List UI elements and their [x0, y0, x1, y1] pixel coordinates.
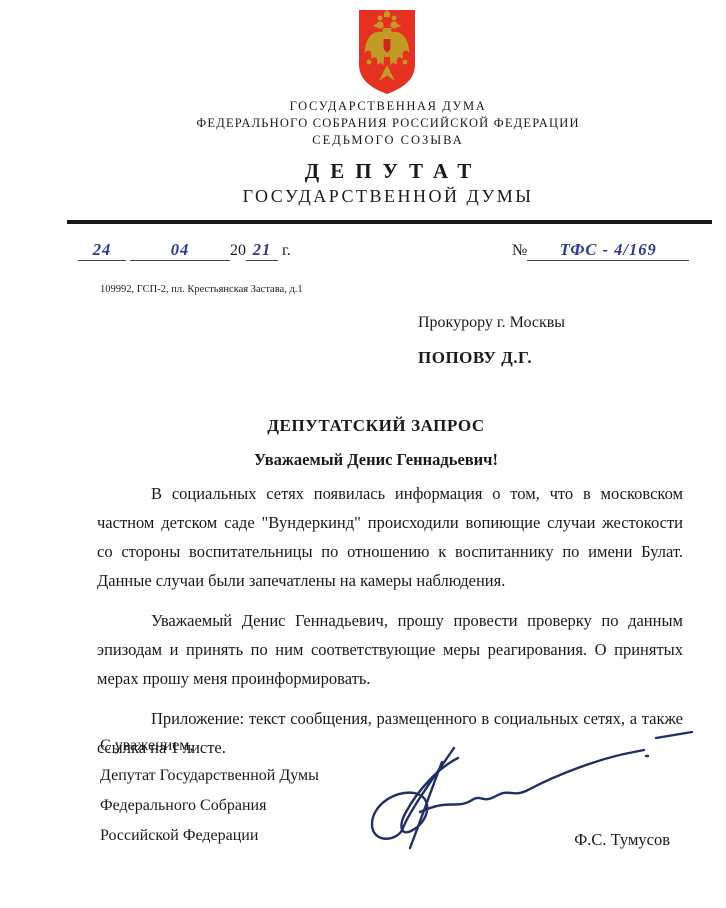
- date-suffix: г.: [282, 242, 291, 259]
- org-name-line2: ФЕДЕРАЛЬНОГО СОБРАНИЯ РОССИЙСКОЙ ФЕДЕРАЦ…: [72, 115, 704, 132]
- number-handwritten: ТФС - 4/169: [560, 240, 657, 259]
- sender-address: 109992, ГСП-2, пл. Крестьянская Застава,…: [100, 284, 303, 295]
- signature-block: С уважением, Депутат Государственной Дум…: [100, 737, 319, 857]
- org-name-line1: ГОСУДАРСТВЕННАЯ ДУМА: [72, 98, 704, 115]
- date-year-blank: 21: [246, 240, 278, 261]
- recipient-name: ПОПОВУ Д.Г.: [418, 348, 565, 368]
- letter-subject: ДЕПУТАТСКИЙ ЗАПРОС: [85, 416, 667, 436]
- date-year-handwritten: 21: [253, 240, 272, 259]
- sender-role-title: ДЕПУТАТ: [72, 159, 704, 184]
- body-paragraph-1: В социальных сетях появилась информация …: [97, 479, 683, 595]
- org-name-line3: СЕДЬМОГО СОЗЫВА: [72, 132, 704, 149]
- date-day-handwritten: 24: [93, 240, 112, 259]
- letterhead-org-block: ГОСУДАРСТВЕННАЯ ДУМА ФЕДЕРАЛЬНОГО СОБРАН…: [72, 98, 704, 149]
- date-month-blank: 04: [130, 240, 230, 261]
- sender-role-subtitle: ГОСУДАРСТВЕННОЙ ДУМЫ: [72, 186, 704, 207]
- russia-coat-of-arms-icon: [358, 8, 416, 96]
- letterhead-divider: [67, 220, 712, 224]
- number-blank: ТФС - 4/169: [527, 240, 689, 261]
- signer-title-line1: Депутат Государственной Думы: [100, 767, 319, 785]
- letter-salutation: Уважаемый Денис Геннадьевич!: [85, 450, 667, 470]
- number-sign: №: [512, 242, 527, 259]
- body-paragraph-2: Уважаемый Денис Геннадьевич, прошу прове…: [97, 606, 683, 693]
- signer-title-line3: Российской Федерации: [100, 827, 319, 845]
- signer-title-line2: Федерального Собрания: [100, 797, 319, 815]
- date-century: 20: [230, 242, 246, 259]
- date-day-blank: 24: [78, 240, 126, 261]
- outgoing-number: №ТФС - 4/169: [512, 240, 689, 261]
- letter-page: ГОСУДАРСТВЕННАЯ ДУМА ФЕДЕРАЛЬНОГО СОБРАН…: [0, 0, 726, 908]
- recipient-position: Прокурору г. Москвы: [418, 314, 565, 332]
- signer-name: Ф.С. Тумусов: [574, 830, 670, 850]
- closing-phrase: С уважением,: [100, 737, 319, 755]
- recipient-block: Прокурору г. Москвы ПОПОВУ Д.Г.: [418, 314, 565, 368]
- reference-row: 24 042021 г. №ТФС - 4/169: [78, 240, 708, 266]
- date-month-handwritten: 04: [171, 240, 190, 259]
